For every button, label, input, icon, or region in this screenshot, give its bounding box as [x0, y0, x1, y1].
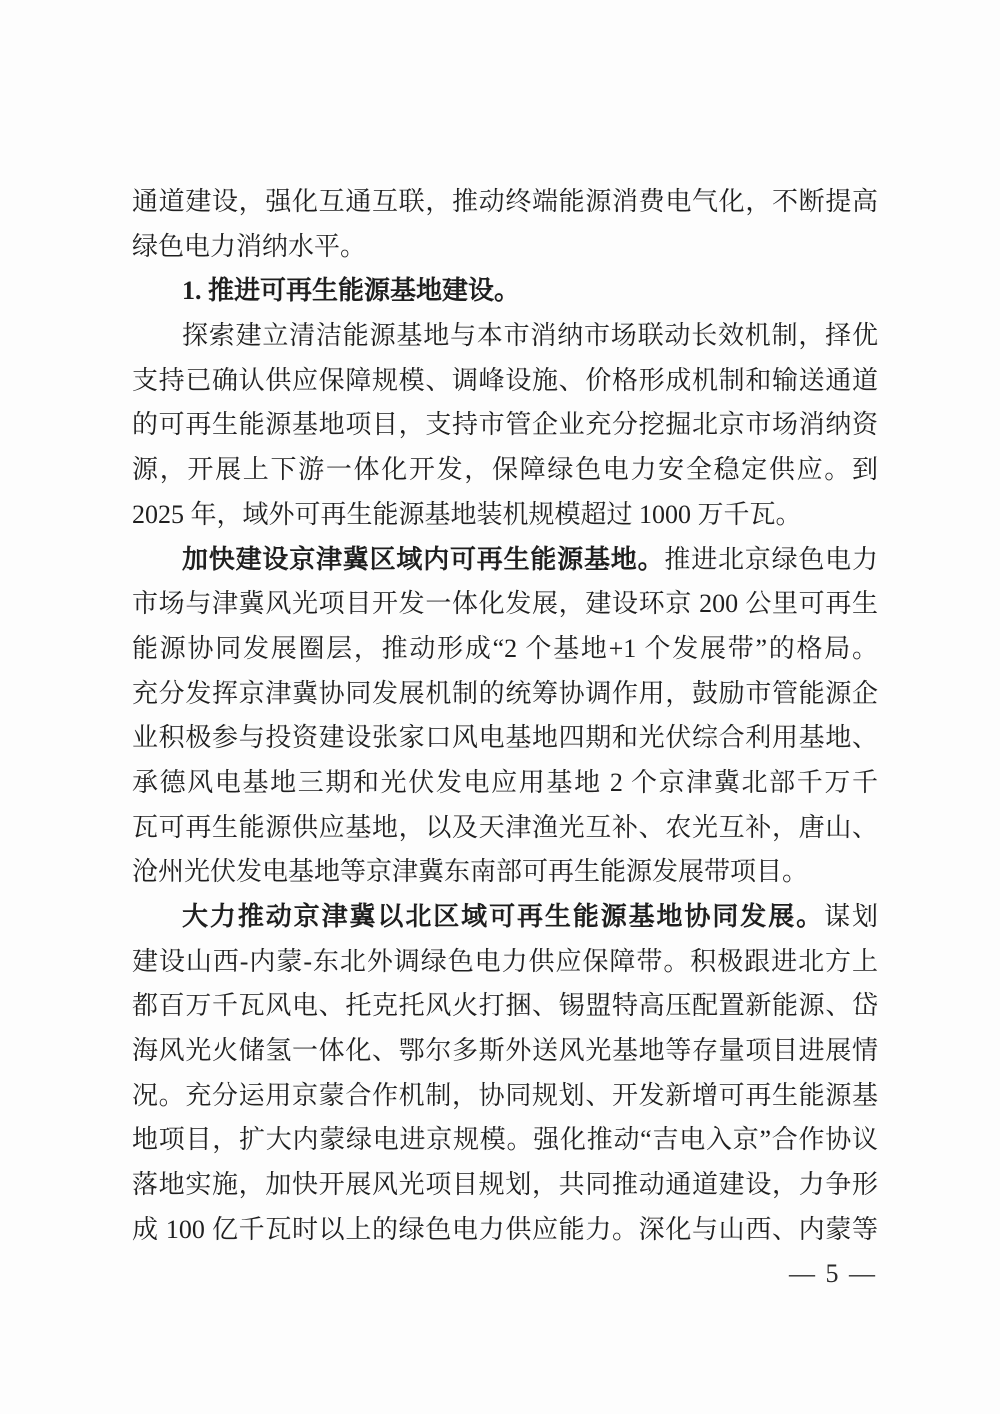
page-footer: — 5 —: [789, 1258, 877, 1290]
text-segment: 通道建设，强化互通互联，推动终端能源消费电气化，不断提高: [132, 187, 878, 216]
document-line: 大力推动京津冀以北区域可再生能源基地协同发展。谋划: [132, 895, 878, 940]
document-line: 业积极参与投资建设张家口风电基地四期和光伏综合利用基地、: [132, 716, 878, 761]
text-segment: 都百万千瓦风电、托克托风火打捆、锡盟特高压配置新能源、岱: [132, 991, 878, 1020]
document-line: 承德风电基地三期和光伏发电应用基地 2 个京津冀北部千万千: [132, 761, 878, 806]
text-segment: 谋划: [824, 902, 878, 931]
document-line: 源，开展上下游一体化开发，保障绿色电力安全稳定供应。到: [132, 448, 878, 493]
text-segment: 2025 年，域外可再生能源基地装机规模超过 1000 万千瓦。: [132, 500, 802, 529]
document-line: 探索建立清洁能源基地与本市消纳市场联动长效机制，择优: [132, 314, 878, 359]
text-segment: 市场与津冀风光项目开发一体化发展，建设环京 200 公里可再生: [132, 589, 878, 618]
document-line: 充分发挥京津冀协同发展机制的统筹协调作用，鼓励市管能源企: [132, 672, 878, 717]
text-segment: 瓦可再生能源供应基地，以及天津渔光互补、农光互补，唐山、: [132, 813, 878, 842]
text-segment: 沧州光伏发电基地等京津冀东南部可再生能源发展带项目。: [132, 857, 808, 886]
bold-text-segment: 加快建设京津冀区域内可再生能源基地。: [182, 545, 664, 574]
document-line: 的可再生能源基地项目，支持市管企业充分挖掘北京市场消纳资: [132, 403, 878, 448]
text-segment: 探索建立清洁能源基地与本市消纳市场联动长效机制，择优: [182, 321, 878, 350]
document-line: 海风光火储氢一体化、鄂尔多斯外送风光基地等存量项目进展情: [132, 1029, 878, 1074]
text-segment: 充分发挥京津冀协同发展机制的统筹协调作用，鼓励市管能源企: [132, 679, 878, 708]
text-segment: 地项目，扩大内蒙绿电进京规模。强化推动“吉电入京”合作协议: [132, 1125, 878, 1154]
document-line: 支持已确认供应保障规模、调峰设施、价格形成机制和输送通道: [132, 359, 878, 404]
document-line: 都百万千瓦风电、托克托风火打捆、锡盟特高压配置新能源、岱: [132, 984, 878, 1029]
document-line: 建设山西-内蒙-东北外调绿色电力供应保障带。积极跟进北方上: [132, 940, 878, 985]
document-line: 地项目，扩大内蒙绿电进京规模。强化推动“吉电入京”合作协议: [132, 1118, 878, 1163]
page-number: — 5 —: [789, 1259, 877, 1288]
document-line: 加快建设京津冀区域内可再生能源基地。推进北京绿色电力: [132, 538, 878, 583]
document-line: 市场与津冀风光项目开发一体化发展，建设环京 200 公里可再生: [132, 582, 878, 627]
document-line: 成 100 亿千瓦时以上的绿色电力供应能力。深化与山西、内蒙等: [132, 1208, 878, 1253]
document-line: 落地实施，加快开展风光项目规划，共同推动通道建设，力争形: [132, 1163, 878, 1208]
document-line: 1. 推进可再生能源基地建设。: [132, 269, 878, 314]
document-line: 能源协同发展圈层，推动形成“2 个基地+1 个发展带”的格局。: [132, 627, 878, 672]
document-line: 通道建设，强化互通互联，推动终端能源消费电气化，不断提高: [132, 180, 878, 225]
text-segment: 绿色电力消纳水平。: [132, 232, 366, 261]
document-line: 瓦可再生能源供应基地，以及天津渔光互补、农光互补，唐山、: [132, 806, 878, 851]
text-segment: 成 100 亿千瓦时以上的绿色电力供应能力。深化与山西、内蒙等: [132, 1215, 878, 1244]
text-segment: 况。充分运用京蒙合作机制，协同规划、开发新增可再生能源基: [132, 1081, 878, 1110]
document-page: 通道建设，强化互通互联，推动终端能源消费电气化，不断提高绿色电力消纳水平。1. …: [0, 0, 1000, 1414]
document-line: 绿色电力消纳水平。: [132, 225, 878, 270]
text-segment: 支持已确认供应保障规模、调峰设施、价格形成机制和输送通道: [132, 366, 878, 395]
document-line: 况。充分运用京蒙合作机制，协同规划、开发新增可再生能源基: [132, 1074, 878, 1119]
text-segment: 承德风电基地三期和光伏发电应用基地 2 个京津冀北部千万千: [132, 768, 878, 797]
bold-text-segment: 1. 推进可再生能源基地建设。: [182, 276, 520, 305]
text-segment: 落地实施，加快开展风光项目规划，共同推动通道建设，力争形: [132, 1170, 878, 1199]
text-segment: 业积极参与投资建设张家口风电基地四期和光伏综合利用基地、: [132, 723, 878, 752]
text-segment: 源，开展上下游一体化开发，保障绿色电力安全稳定供应。到: [132, 455, 878, 484]
document-line: 2025 年，域外可再生能源基地装机规模超过 1000 万千瓦。: [132, 493, 878, 538]
document-line: 沧州光伏发电基地等京津冀东南部可再生能源发展带项目。: [132, 850, 878, 895]
document-body: 通道建设，强化互通互联，推动终端能源消费电气化，不断提高绿色电力消纳水平。1. …: [132, 180, 878, 1253]
text-segment: 建设山西-内蒙-东北外调绿色电力供应保障带。积极跟进北方上: [132, 947, 878, 976]
text-segment: 推进北京绿色电力: [664, 545, 878, 574]
bold-text-segment: 大力推动京津冀以北区域可再生能源基地协同发展。: [182, 902, 824, 931]
text-segment: 海风光火储氢一体化、鄂尔多斯外送风光基地等存量项目进展情: [132, 1036, 878, 1065]
text-segment: 的可再生能源基地项目，支持市管企业充分挖掘北京市场消纳资: [132, 410, 878, 439]
text-segment: 能源协同发展圈层，推动形成“2 个基地+1 个发展带”的格局。: [132, 634, 878, 663]
